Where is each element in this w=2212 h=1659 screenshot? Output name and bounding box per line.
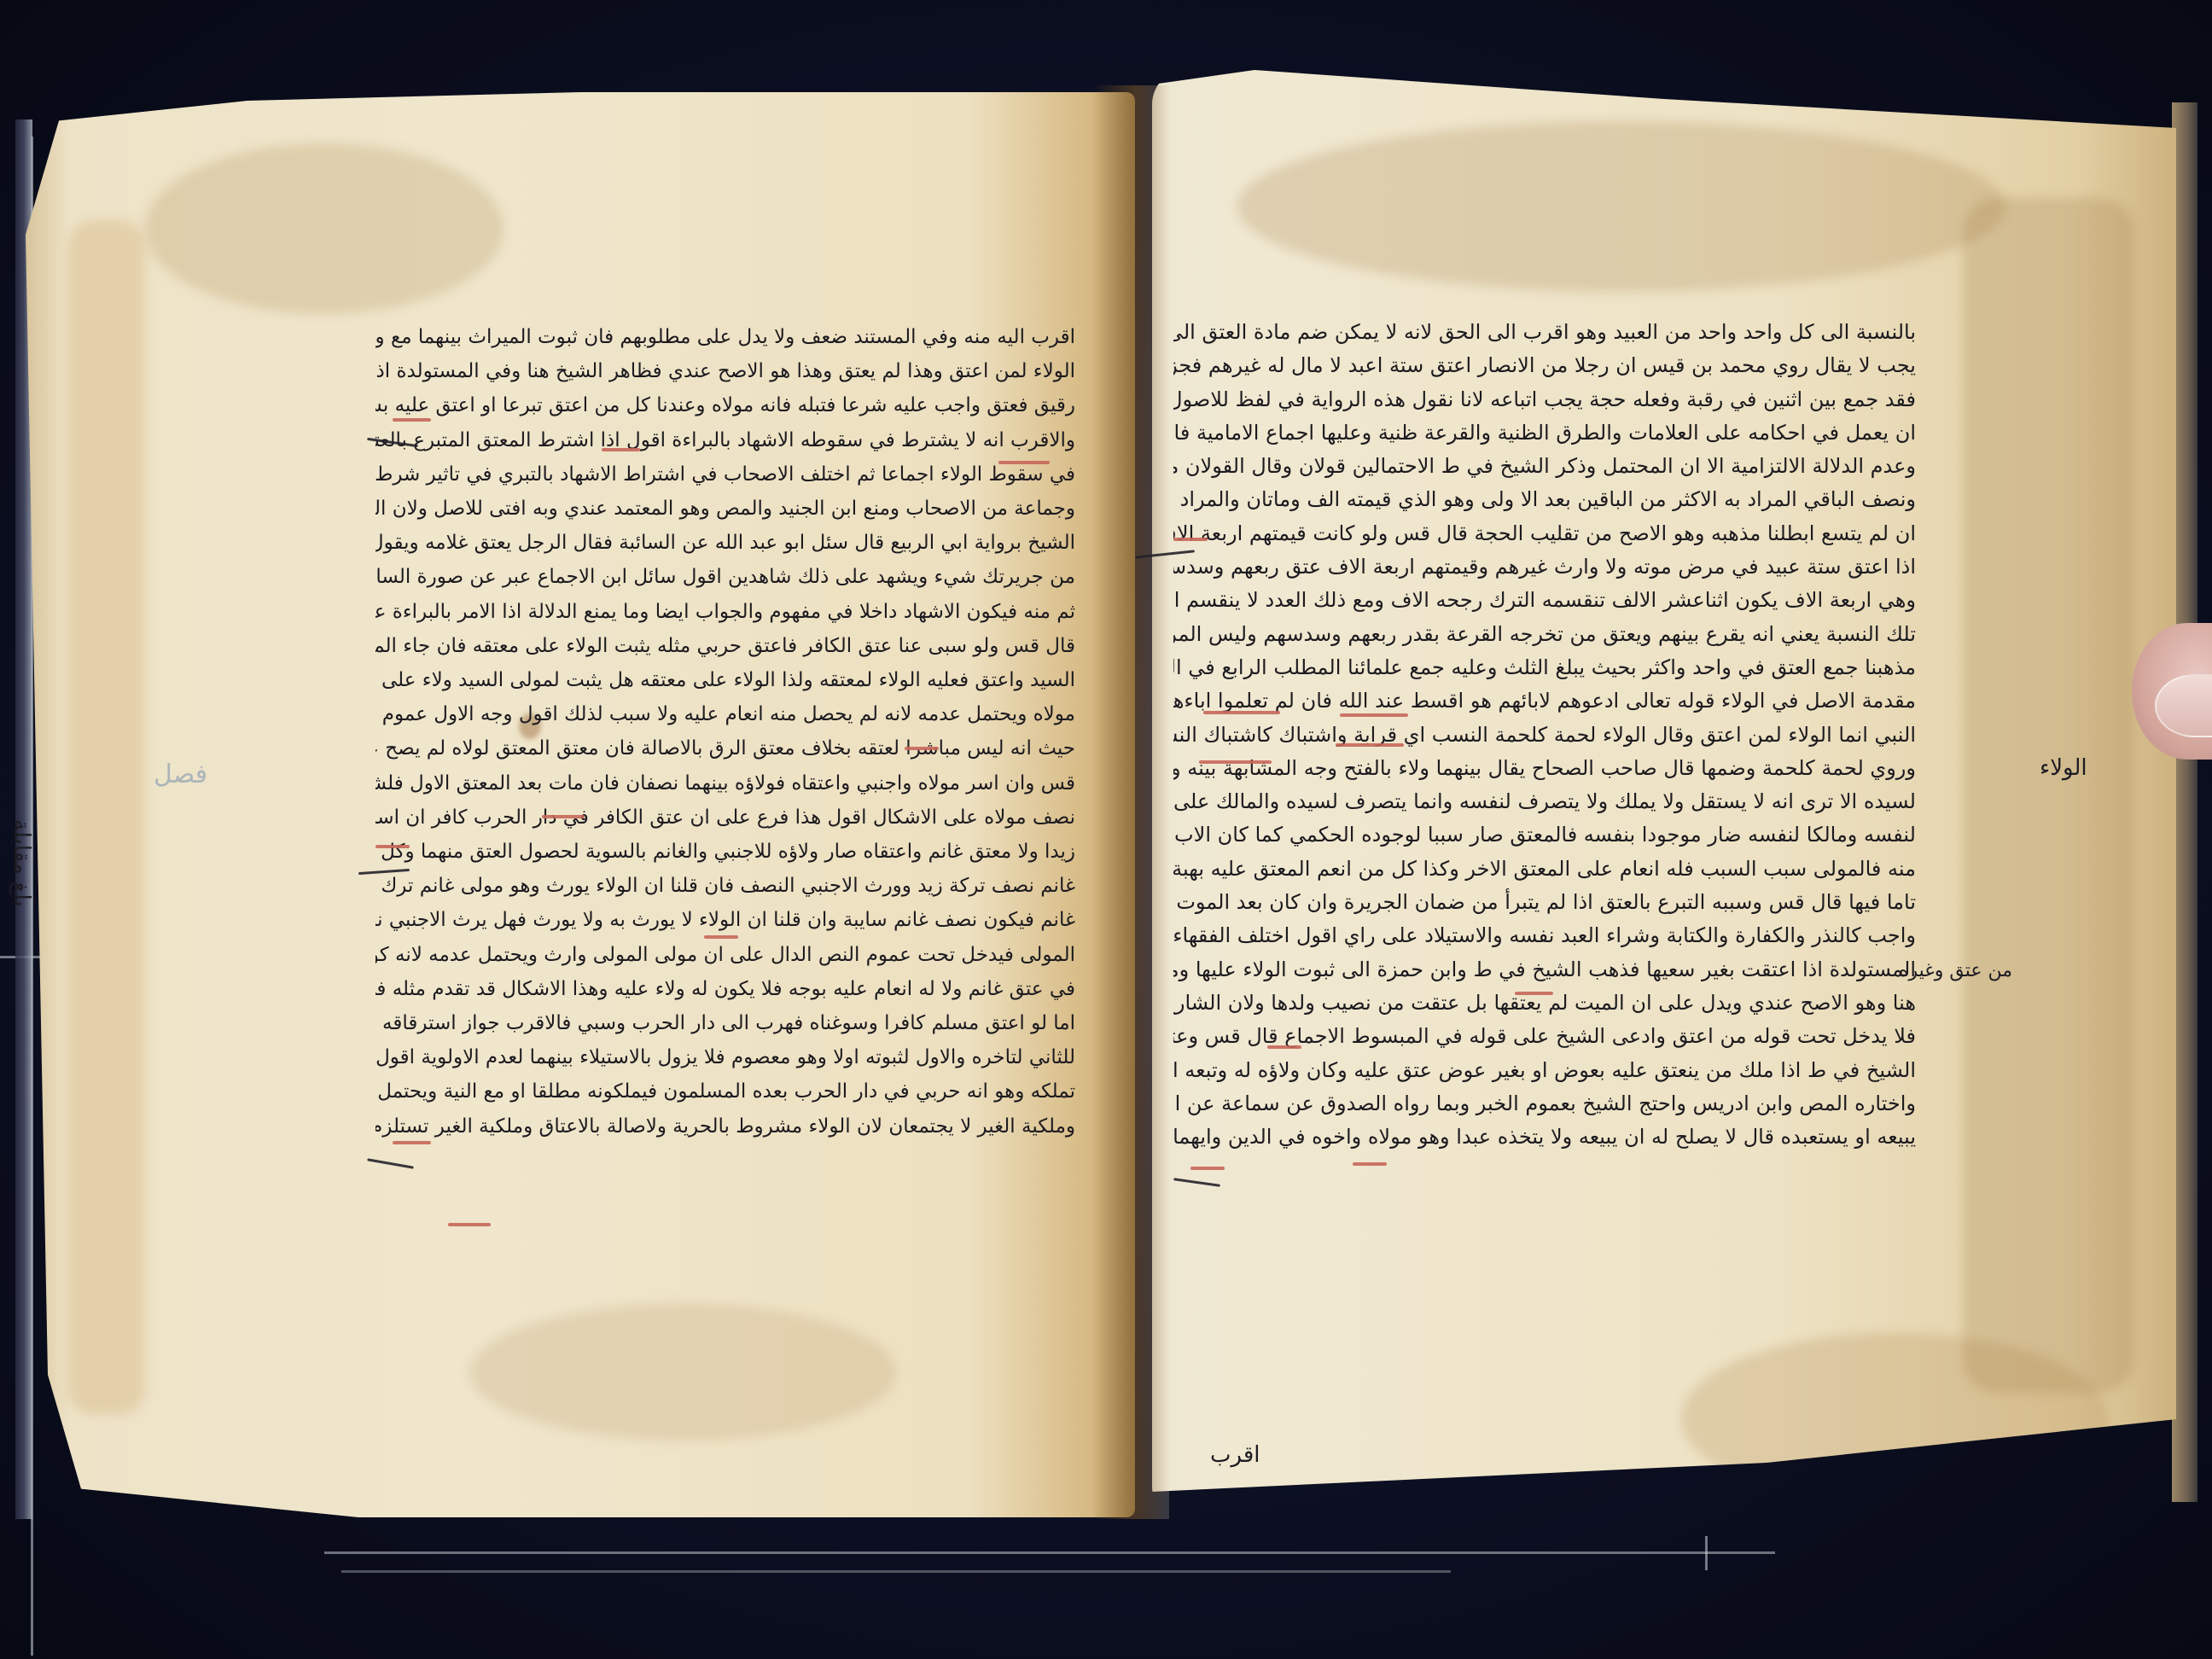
text-line: نصف مولاه على الاشكال اقول هذا فرع على ا… (375, 800, 1075, 835)
rubric-overline (393, 418, 431, 422)
left-page-text: اقرب اليه منه وفي المستند ضعف ولا يدل عل… (375, 320, 1075, 1144)
text-line: يبيعه او يستعبده قال لا يصلح له ان يبيعه… (1173, 1121, 1916, 1154)
text-line: رقيق فعتق واجب عليه شرعا فتبله فانه مولا… (375, 388, 1075, 422)
text-line: المولى فيدخل تحت عموم النص الدال على ان … (375, 938, 1075, 972)
text-line: ان لم يتسع ابطلنا مذهبه وهو الاصح من تقل… (1173, 517, 1916, 550)
text-line: اذا اعتق ستة عبيد في مرض موته ولا وارث غ… (1173, 550, 1916, 584)
text-line: تلك النسبة يعني انه يقرع بينهم ويعتق من … (1173, 618, 1916, 651)
rubric-overline (704, 935, 738, 939)
water-stain (68, 220, 145, 1415)
book-gutter (1092, 85, 1169, 1519)
text-line: تملكه وهو انه حربي في دار الحرب بعده الم… (375, 1074, 1075, 1109)
text-line: حيث انه ليس مباشرا لعتقه بخلاف معتق الرق… (375, 731, 1075, 765)
text-line: غانم نصف تركة زيد وورث الاجنبي النصف فان… (375, 869, 1075, 903)
text-line: في سقوط الولاء اجماعا ثم اختلف الاصحاب ف… (375, 457, 1075, 492)
rubric-overline (602, 448, 640, 451)
text-line: والاقرب انه لا يشترط في سقوطه الاشهاد با… (375, 423, 1075, 457)
text-line: غانم فيكون نصف غانم سايبة وان قلنا ان ال… (375, 903, 1075, 937)
text-line: في عتق غانم ولا له انعام عليه بوجه فلا ي… (375, 972, 1075, 1006)
text-line: ونصف الباقي المراد به الاكثر من الباقين … (1173, 483, 1916, 516)
text-line: منه فالمولى سبب السبب فله انعام على المع… (1173, 853, 1916, 886)
text-line: فقد جمع بين اثنين في رقبة وفعله حجة يجب … (1173, 383, 1916, 416)
text-line: للثاني لتاخره والاول لثبوته اولا وهو معص… (375, 1040, 1075, 1074)
margin-note-faded: فصل (154, 760, 207, 789)
rubric-overline (1173, 538, 1208, 541)
text-line: النبي انما الولاء لمن اعتق وقال الولاء ل… (1173, 719, 1916, 752)
water-stain (469, 1304, 896, 1441)
rubric-overline (448, 1223, 491, 1226)
binding-rule-line (324, 1551, 1775, 1554)
rubric-overline (1515, 992, 1553, 995)
text-line: مذهبنا جمع العتق في واحد واكثر بحيث يبلغ… (1173, 651, 1916, 684)
rubric-overline (1267, 1045, 1301, 1049)
text-line: وهي اربعة الاف يكون اثناعشر الالف تنقسمه… (1173, 584, 1916, 617)
text-line: مقدمة الاصل في الولاء قوله تعالى ادعوهم … (1173, 684, 1916, 718)
rubric-overline (1190, 1167, 1225, 1170)
rubric-overline (1340, 713, 1408, 717)
text-line: يجب لا يقال روي محمد بن قيس ان رجلا من ا… (1173, 349, 1916, 382)
text-line: بالنسبة الى كل واحد واحد من العبيد وهو ا… (1173, 316, 1916, 349)
rubric-overline (1353, 1162, 1387, 1166)
rubric-overline (542, 815, 585, 818)
text-line: وجماعة من الاصحاب ومنع ابن الجنيد والمص … (375, 492, 1075, 526)
text-line: زيدا ولا معتق غانم واعتقاه صار ولاؤه للا… (375, 835, 1075, 869)
text-line: ثم منه فيكون الاشهاد داخلا في مفهوم والج… (375, 595, 1075, 629)
text-line: واختاره المص وابن ادريس واحتج الشيخ بعمو… (1173, 1087, 1916, 1121)
text-line: الشيخ في ط اذا ملك من ينعتق عليه بعوض او… (1173, 1054, 1916, 1087)
margin-note-walaa: الولاء (2040, 755, 2087, 781)
rubric-overline (1203, 711, 1280, 714)
text-line: مولاه ويحتمل عدمه لانه لم يحصل منه انعام… (375, 697, 1075, 731)
rubric-overline (1199, 760, 1272, 764)
text-line: واجب كالنذر والكفارة والكتابة وشراء العب… (1173, 919, 1916, 952)
water-stain (1963, 198, 2133, 1393)
binding-rule-line (1705, 1536, 1708, 1570)
water-stain (1237, 121, 2005, 292)
text-line: السيد واعتق فعليه الولاء لمعتقه ولذا الو… (375, 663, 1075, 697)
text-line: قال قس ولو سبى عنا عتق الكافر فاعتق حربي… (375, 629, 1075, 663)
text-line: وملكية الغير لا يجتمعان لان الولاء مشروط… (375, 1109, 1075, 1144)
text-line: الولاء لمن اعتق وهذا لم يعتق وهذا هو الا… (375, 354, 1075, 388)
text-line: لسيده الا ترى انه لا يستقل ولا يملك ولا … (1173, 785, 1916, 818)
text-line: ان يعمل في احكامه على العلامات والطرق ال… (1173, 416, 1916, 450)
margin-note-min-itq: من عتق وغيره (1899, 960, 2012, 981)
text-line: وروي لحمة كلحمة وضمها قال صاحب الصحاح يق… (1173, 752, 1916, 785)
catchword: اقرب (1210, 1442, 1260, 1468)
binding-rule-line (341, 1570, 1451, 1573)
text-line: الشيخ برواية ابي الربيع قال سئل ابو عبد … (375, 526, 1075, 560)
text-line: تاما فيها قال قس وسببه التبرع بالعتق اذا… (1173, 886, 1916, 919)
text-line: اما لو اعتق مسلم كافرا وسوغناه فهرب الى … (375, 1006, 1075, 1040)
rubric-overline (1336, 743, 1404, 747)
text-line: لنفسه ومالكا لنفسه ضار موجودا بنفسه فالم… (1173, 818, 1916, 852)
text-line: قس وان اسر مولاه واجنبي واعتقاه فولاؤه ب… (375, 766, 1075, 800)
text-line: من جريرتك شيء ويشهد على ذلك شاهدين اقول … (375, 560, 1075, 594)
text-line: المستولدة اذا اعتقت بغير سعيها فذهب الشي… (1173, 953, 1916, 987)
margin-note-fore-edge: بلغ مقابلة (9, 819, 34, 907)
rubric-overline (998, 461, 1050, 464)
text-line: اقرب اليه منه وفي المستند ضعف ولا يدل عل… (375, 320, 1075, 354)
right-page-text: بالنسبة الى كل واحد واحد من العبيد وهو ا… (1173, 316, 1916, 1154)
rubric-overline (393, 1141, 431, 1144)
rubric-overline (375, 845, 410, 848)
rubric-overline (905, 747, 939, 750)
text-line: وعدم الدلالة الالتزامية الا ان المحتمل و… (1173, 450, 1916, 483)
water-stain (145, 143, 504, 314)
